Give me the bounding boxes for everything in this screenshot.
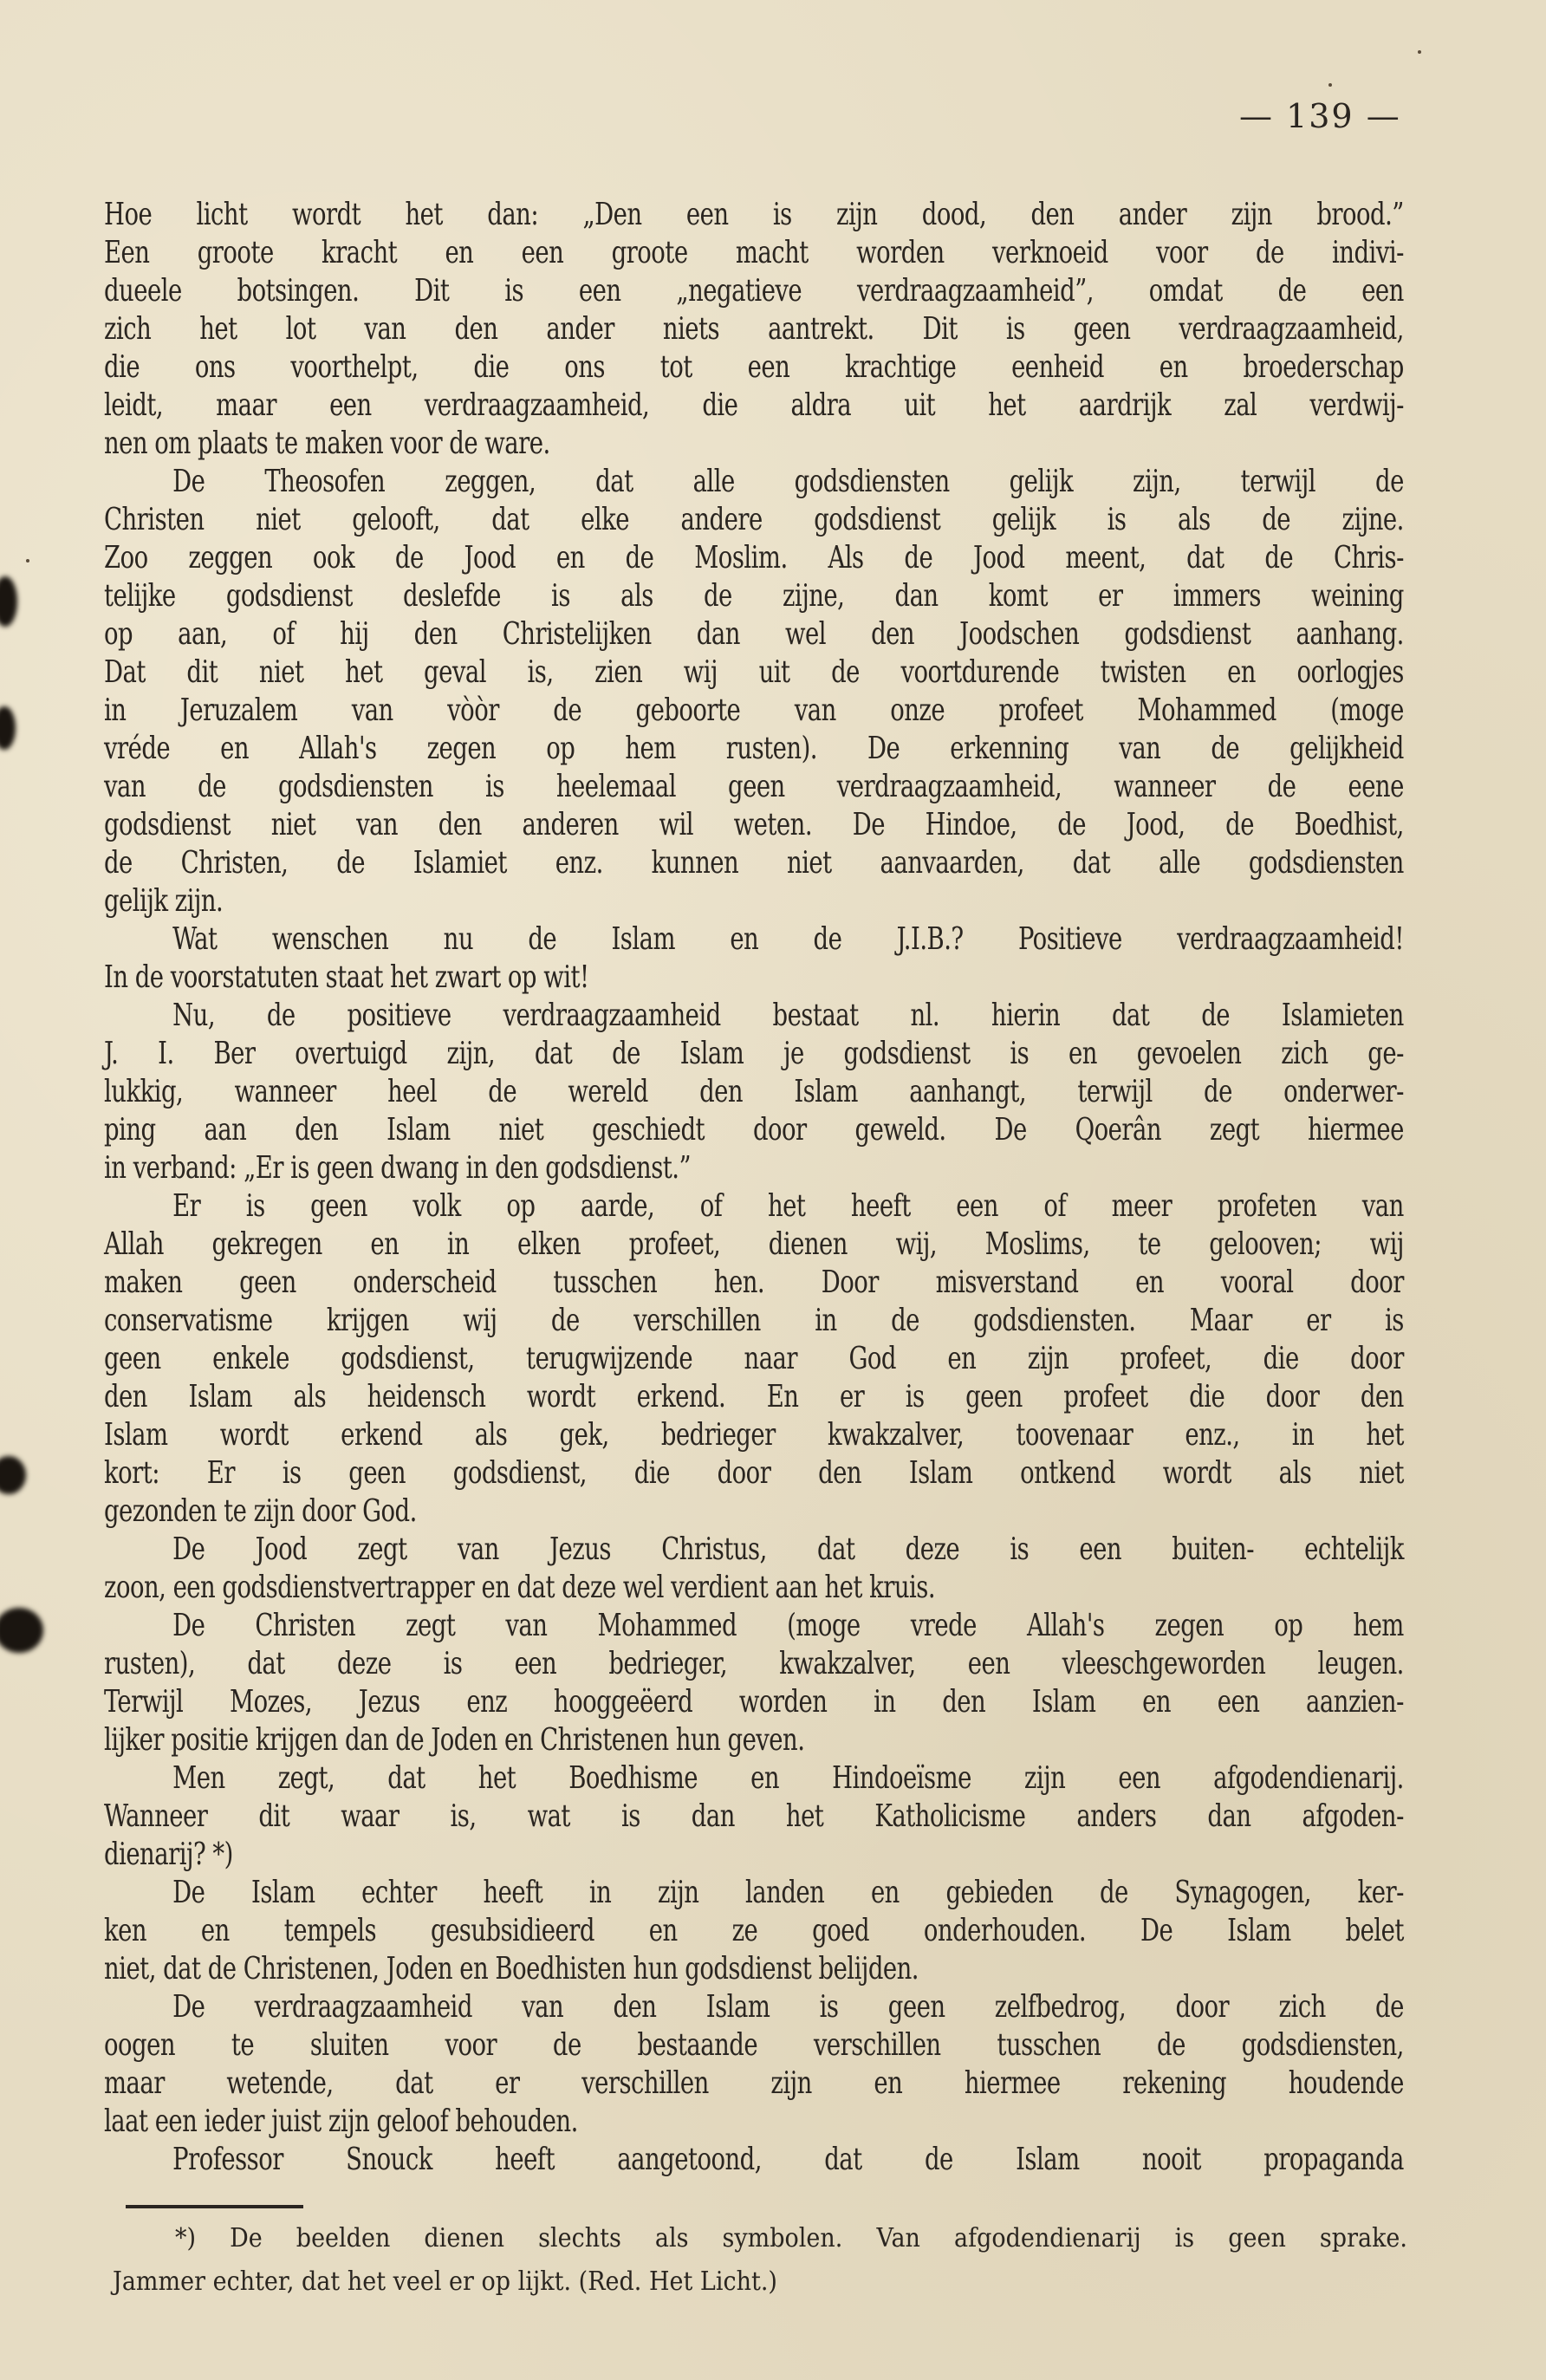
text-line: maar wetende, dat er verschillen zijn en… bbox=[104, 2065, 1404, 2103]
text-line: dueele botsingen. Dit is een „negatieve … bbox=[104, 272, 1404, 310]
text-line: den Islam als heidensch wordt erkend. En… bbox=[104, 1378, 1404, 1416]
text-line: Men zegt, dat het Boedhisme en Hindoeïsm… bbox=[104, 1759, 1404, 1798]
text-line: zoon, een godsdienstvertrapper en dat de… bbox=[104, 1569, 1404, 1607]
margin-ink-blot bbox=[0, 706, 16, 750]
footnote: *) De beelden dienen slechts als symbole… bbox=[113, 2217, 1413, 2304]
text-line: godsdienst niet van den anderen wil wete… bbox=[104, 806, 1404, 844]
text-line: lukkig, wanneer heel de wereld den Islam… bbox=[104, 1073, 1404, 1111]
text-line: niet, dat de Christenen, Joden en Boedhi… bbox=[104, 1950, 1404, 1988]
article-body: Hoe licht wordt het dan: „Den een is zij… bbox=[104, 196, 1404, 2179]
text-line: De Christen zegt van Mohammed (moge vred… bbox=[104, 1607, 1404, 1645]
text-line: J. I. Ber overtuigd zijn, dat de Islam j… bbox=[104, 1035, 1404, 1073]
text-line: op aan, of hij den Christelijken dan wel… bbox=[104, 615, 1404, 654]
text-line: Wanneer dit waar is, wat is dan het Kath… bbox=[104, 1798, 1404, 1836]
paper-speck bbox=[26, 559, 29, 562]
text-line: Dat dit niet het geval is, zien wij uit … bbox=[104, 654, 1404, 692]
text-line: De Islam echter heeft in zijn landen en … bbox=[104, 1874, 1404, 1912]
text-line: conservatisme krijgen wij de verschillen… bbox=[104, 1302, 1404, 1340]
text-line: Zoo zeggen ook de Jood en de Moslim. Als… bbox=[104, 539, 1404, 577]
text-line: geen enkele godsdienst, terugwijzende na… bbox=[104, 1340, 1404, 1378]
paper-speck bbox=[1328, 83, 1332, 87]
margin-ink-blot bbox=[0, 576, 17, 627]
paper-speck bbox=[1418, 50, 1421, 54]
text-line: kort: Er is geen godsdienst, die door de… bbox=[104, 1454, 1404, 1492]
text-line: Christen niet gelooft, dat elke andere g… bbox=[104, 501, 1404, 539]
text-line: dienarij? *) bbox=[104, 1836, 1404, 1874]
page-number: — 139 — bbox=[1239, 97, 1401, 135]
text-line: die ons voorthelpt, die ons tot een krac… bbox=[104, 348, 1404, 387]
text-line: Terwijl Mozes, Jezus enz hooggeëerd word… bbox=[104, 1683, 1404, 1721]
text-line: lijker positie krijgen dan de Joden en C… bbox=[104, 1721, 1404, 1759]
text-line: ping aan den Islam niet geschiedt door g… bbox=[104, 1111, 1404, 1149]
text-line: Islam wordt erkend als gek, bedrieger kw… bbox=[104, 1416, 1404, 1454]
text-line: vréde en Allah's zegen op hem rusten). D… bbox=[104, 730, 1404, 768]
text-line: de Christen, de Islamiet enz. kunnen nie… bbox=[104, 844, 1404, 882]
text-line: oogen te sluiten voor de bestaande versc… bbox=[104, 2026, 1404, 2065]
text-line: Nu, de positieve verdraagzaamheid bestaa… bbox=[104, 997, 1404, 1035]
text-line: Professor Snouck heeft aangetoond, dat d… bbox=[104, 2141, 1404, 2179]
text-line: ken en tempels gesubsidieerd en ze goed … bbox=[104, 1912, 1404, 1950]
text-line: De Theosofen zeggen, dat alle godsdienst… bbox=[104, 463, 1404, 501]
text-line: In de voorstatuten staat het zwart op wi… bbox=[104, 959, 1404, 997]
margin-ink-blot bbox=[0, 1608, 43, 1653]
text-line: Er is geen volk op aarde, of het heeft e… bbox=[104, 1187, 1404, 1226]
text-line: rusten), dat deze is een bedrieger, kwak… bbox=[104, 1645, 1404, 1683]
text-line: in verband: „Er is geen dwang in den god… bbox=[104, 1149, 1404, 1187]
text-line: Wat wenschen nu de Islam en de J.I.B.? P… bbox=[104, 920, 1404, 959]
text-line: zich het lot van den ander niets aantrek… bbox=[104, 310, 1404, 348]
text-line: De verdraagzaamheid van den Islam is gee… bbox=[104, 1988, 1404, 2026]
footnote-separator bbox=[126, 2205, 303, 2208]
text-line: maken geen onderscheid tusschen hen. Doo… bbox=[104, 1264, 1404, 1302]
margin-ink-blot bbox=[0, 1456, 26, 1494]
text-line: laat een ieder juist zijn geloof behoude… bbox=[104, 2103, 1404, 2141]
text-line: gelijk zijn. bbox=[104, 882, 1404, 920]
text-line: Allah gekregen en in elken profeet, dien… bbox=[104, 1226, 1404, 1264]
text-line: De Jood zegt van Jezus Christus, dat dez… bbox=[104, 1531, 1404, 1569]
footnote-line: Jammer echter, dat het veel er op lijkt.… bbox=[113, 2260, 1407, 2304]
text-line: telijke godsdienst deslefde is als de zi… bbox=[104, 577, 1404, 615]
text-line: van de godsdiensten is heelemaal geen ve… bbox=[104, 768, 1404, 806]
text-line: gezonden te zijn door God. bbox=[104, 1492, 1404, 1531]
text-line: Hoe licht wordt het dan: „Den een is zij… bbox=[104, 196, 1404, 234]
text-line: leidt, maar een verdraagzaamheid, die al… bbox=[104, 387, 1404, 425]
text-line: Een groote kracht en een groote macht wo… bbox=[104, 234, 1404, 272]
text-line: in Jeruzalem van vòòr de geboorte van on… bbox=[104, 692, 1404, 730]
text-line: nen om plaats te maken voor de ware. bbox=[104, 425, 1404, 463]
footnote-line: *) De beelden dienen slechts als symbole… bbox=[113, 2217, 1407, 2260]
